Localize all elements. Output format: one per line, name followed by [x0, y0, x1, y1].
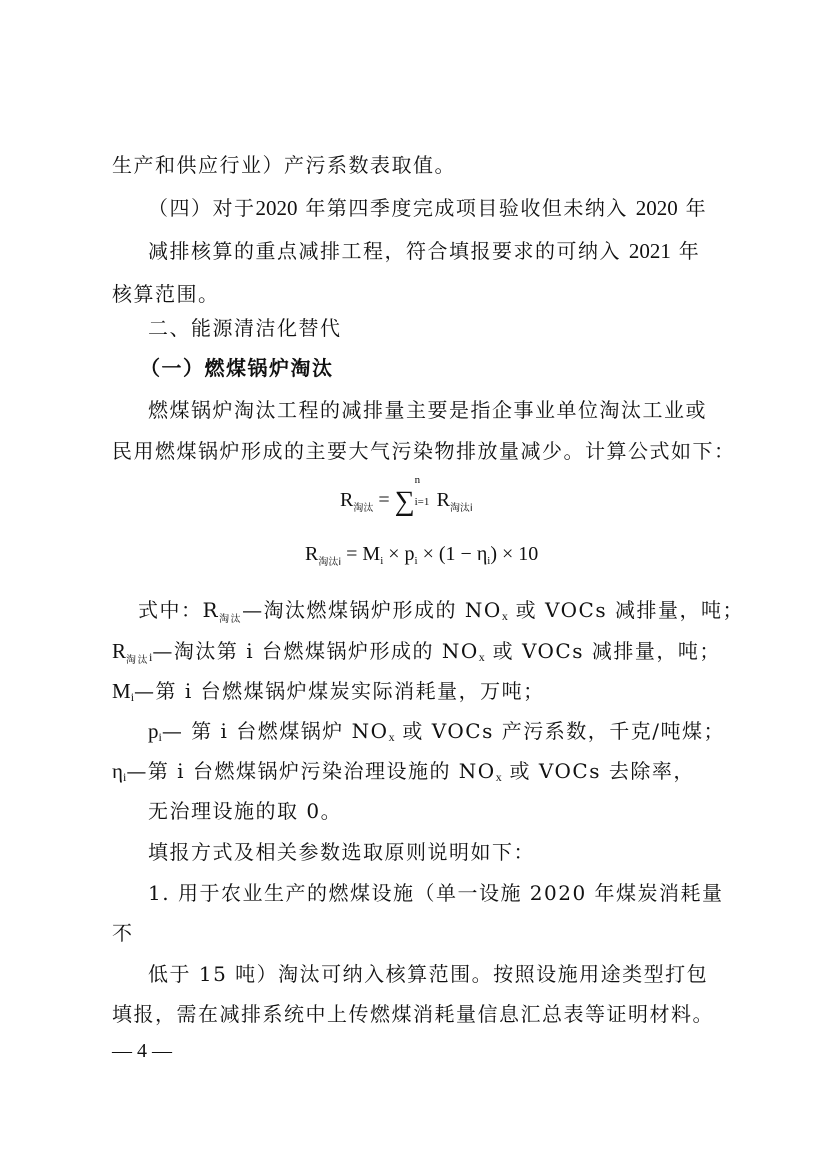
text: 或 VOCs 减排量，吨；	[508, 598, 744, 622]
var: R	[437, 489, 450, 511]
text: —淘汰燃煤锅炉形成的 NO	[242, 598, 502, 622]
paragraph-line: 1. 用于农业生产的燃煤设施（单一设施 2020 年煤炭消耗量	[148, 883, 724, 903]
subscript: 淘汰	[353, 503, 373, 514]
text: 或 VOCs 产污系数，千克/吨煤；	[395, 719, 725, 743]
lower-limit: i=1	[415, 496, 430, 508]
text: —淘汰第 i 台燃煤锅炉形成的 NO	[152, 639, 478, 663]
text: p	[148, 719, 159, 743]
paragraph-line: （四）对于2020 年第四季度完成项目验收但未纳入 2020 年	[148, 198, 707, 219]
year: 2020	[256, 196, 298, 220]
text: 年	[678, 196, 707, 220]
var: R	[305, 543, 318, 565]
text: η	[112, 759, 123, 783]
var: R	[340, 489, 353, 511]
paragraph-line: 填报方式及相关参数选取原则说明如下：	[148, 842, 535, 862]
subscript: 淘汰i	[318, 557, 341, 568]
paragraph-line: 减排核算的重点减排工程，符合填报要求的可纳入 2021 年	[148, 241, 700, 262]
year: 2020	[636, 196, 678, 220]
var: × (1 − η	[418, 543, 488, 565]
text: R	[112, 639, 126, 663]
text: 年第四季度完成项目验收但未纳入	[298, 196, 636, 220]
text: M	[112, 679, 131, 703]
operator: =	[373, 489, 394, 511]
text: （四）对于	[148, 196, 256, 220]
definition-line: ηi—第 i 台燃煤锅炉污染治理设施的 NOx 或 VOCs 去除率，	[112, 761, 695, 783]
text: 减排核算的重点减排工程，符合填报要求的可纳入	[148, 239, 629, 263]
definition-line: Mi—第 i 台燃煤锅炉煤炭实际消耗量，万吨；	[112, 681, 545, 703]
page-number: — 4 —	[112, 1040, 172, 1063]
text: 年	[671, 239, 700, 263]
text: 式中：R	[138, 598, 219, 622]
var: × p	[383, 543, 414, 565]
definition-line: 式中：R淘汰—淘汰燃煤锅炉形成的 NOx 或 VOCs 减排量，吨；	[138, 600, 744, 625]
paragraph-line: 不	[112, 923, 134, 943]
subsection-heading: （一）燃煤锅炉淘汰	[140, 358, 334, 378]
definition-line: 无治理设施的取 0。	[148, 801, 342, 821]
sigma-limits: ni=1	[415, 486, 429, 506]
text: —第 i 台燃煤锅炉污染治理设施的 NO	[126, 759, 495, 783]
var: = M	[341, 543, 380, 565]
definition-line: pi— 第 i 台燃煤锅炉 NOx 或 VOCs 产污系数，千克/吨煤；	[148, 721, 725, 743]
upper-limit: n	[415, 474, 421, 486]
sigma-symbol: ∑	[395, 486, 415, 517]
var: ) × 10	[490, 543, 538, 565]
section-heading: 二、能源清洁化替代	[148, 318, 342, 338]
text: 或 VOCs 减排量，吨；	[485, 639, 721, 663]
paragraph-line: 低于 15 吨）淘汰可纳入核算范围。按照设施用途类型打包	[148, 964, 708, 984]
subscript: 淘汰	[126, 655, 149, 666]
text: 或 VOCs 去除率，	[502, 759, 695, 783]
year: 2021	[629, 239, 671, 263]
text: — 第 i 台燃煤锅炉 NO	[162, 719, 389, 743]
definition-line: R淘汰i—淘汰第 i 台燃煤锅炉形成的 NOx 或 VOCs 减排量，吨；	[112, 641, 721, 666]
subscript: 淘汰	[219, 614, 242, 625]
paragraph-line: 核算范围。	[112, 284, 220, 304]
subscript: 淘汰i	[450, 503, 473, 514]
paragraph-line: 民用燃煤锅炉形成的主要大气污染物排放量减少。计算公式如下：	[112, 441, 736, 461]
formula-total: R淘汰 = ∑ni=1R淘汰i	[340, 486, 473, 518]
paragraph-line: 燃煤锅炉淘汰工程的减排量主要是指企事业单位淘汰工业或	[148, 400, 707, 420]
formula-per-unit: R淘汰i = Mi × pi × (1 − ηi) × 10	[305, 543, 538, 568]
text: —第 i 台燃煤锅炉煤炭实际消耗量，万吨；	[134, 679, 545, 703]
paragraph-line: 生产和供应行业）产污系数表取值。	[112, 155, 456, 175]
paragraph-line: 填报，需在减排系统中上传燃煤消耗量信息汇总表等证明材料。	[112, 1004, 714, 1024]
